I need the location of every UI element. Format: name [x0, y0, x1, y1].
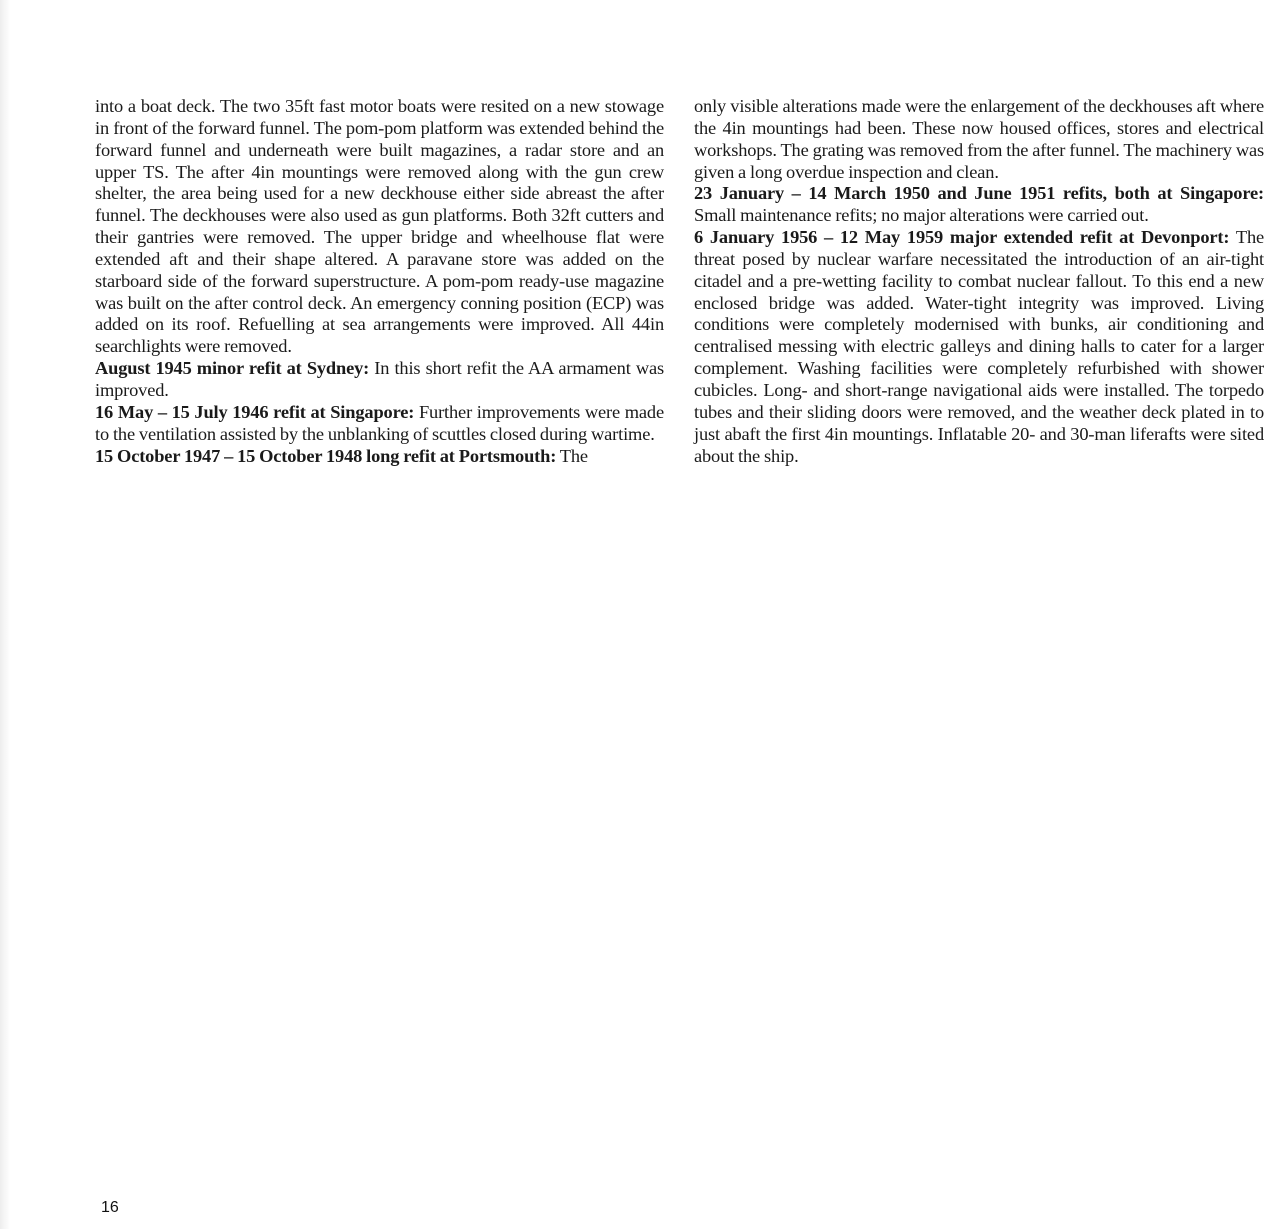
paragraph-portsmouth-continuation: only visible alterations made were the e…	[694, 96, 1264, 183]
paragraph-refit-1945-sydney: August 1945 minor refit at Sydney: In th…	[95, 358, 664, 402]
paragraph-body: The	[556, 446, 588, 466]
paragraph-refit-1947-portsmouth: 15 October 1947 – 15 October 1948 long r…	[95, 446, 664, 468]
page-number: 16	[101, 1199, 119, 1217]
scan-edge-shadow	[0, 0, 10, 1229]
right-text-column: only visible alterations made were the e…	[694, 96, 1264, 467]
paragraph-heading: August 1945 minor refit at Sydney:	[95, 358, 369, 378]
paragraph-heading: 23 January – 14 March 1950 and June 1951…	[694, 183, 1264, 203]
paragraph-refit-1956-devonport: 6 January 1956 – 12 May 1959 major exten…	[694, 227, 1264, 467]
paragraph-continuation: into a boat deck. The two 35ft fast moto…	[95, 96, 664, 358]
paragraph-body: into a boat deck. The two 35ft fast moto…	[95, 96, 664, 356]
paragraph-body: Small maintenance refits; no major alter…	[694, 205, 1149, 225]
paragraph-heading: 15 October 1947 – 15 October 1948 long r…	[95, 446, 556, 466]
paragraph-refits-1950-1951-singapore: 23 January – 14 March 1950 and June 1951…	[694, 183, 1264, 227]
paragraph-body: only visible alterations made were the e…	[694, 96, 1264, 182]
paragraph-refit-1946-singapore: 16 May – 15 July 1946 refit at Singapore…	[95, 402, 664, 446]
left-text-column: into a boat deck. The two 35ft fast moto…	[95, 96, 664, 467]
paragraph-body: The threat posed by nuclear warfare nece…	[694, 227, 1264, 465]
paragraph-heading: 16 May – 15 July 1946 refit at Singapore…	[95, 402, 414, 422]
paragraph-heading: 6 January 1956 – 12 May 1959 major exten…	[694, 227, 1229, 247]
